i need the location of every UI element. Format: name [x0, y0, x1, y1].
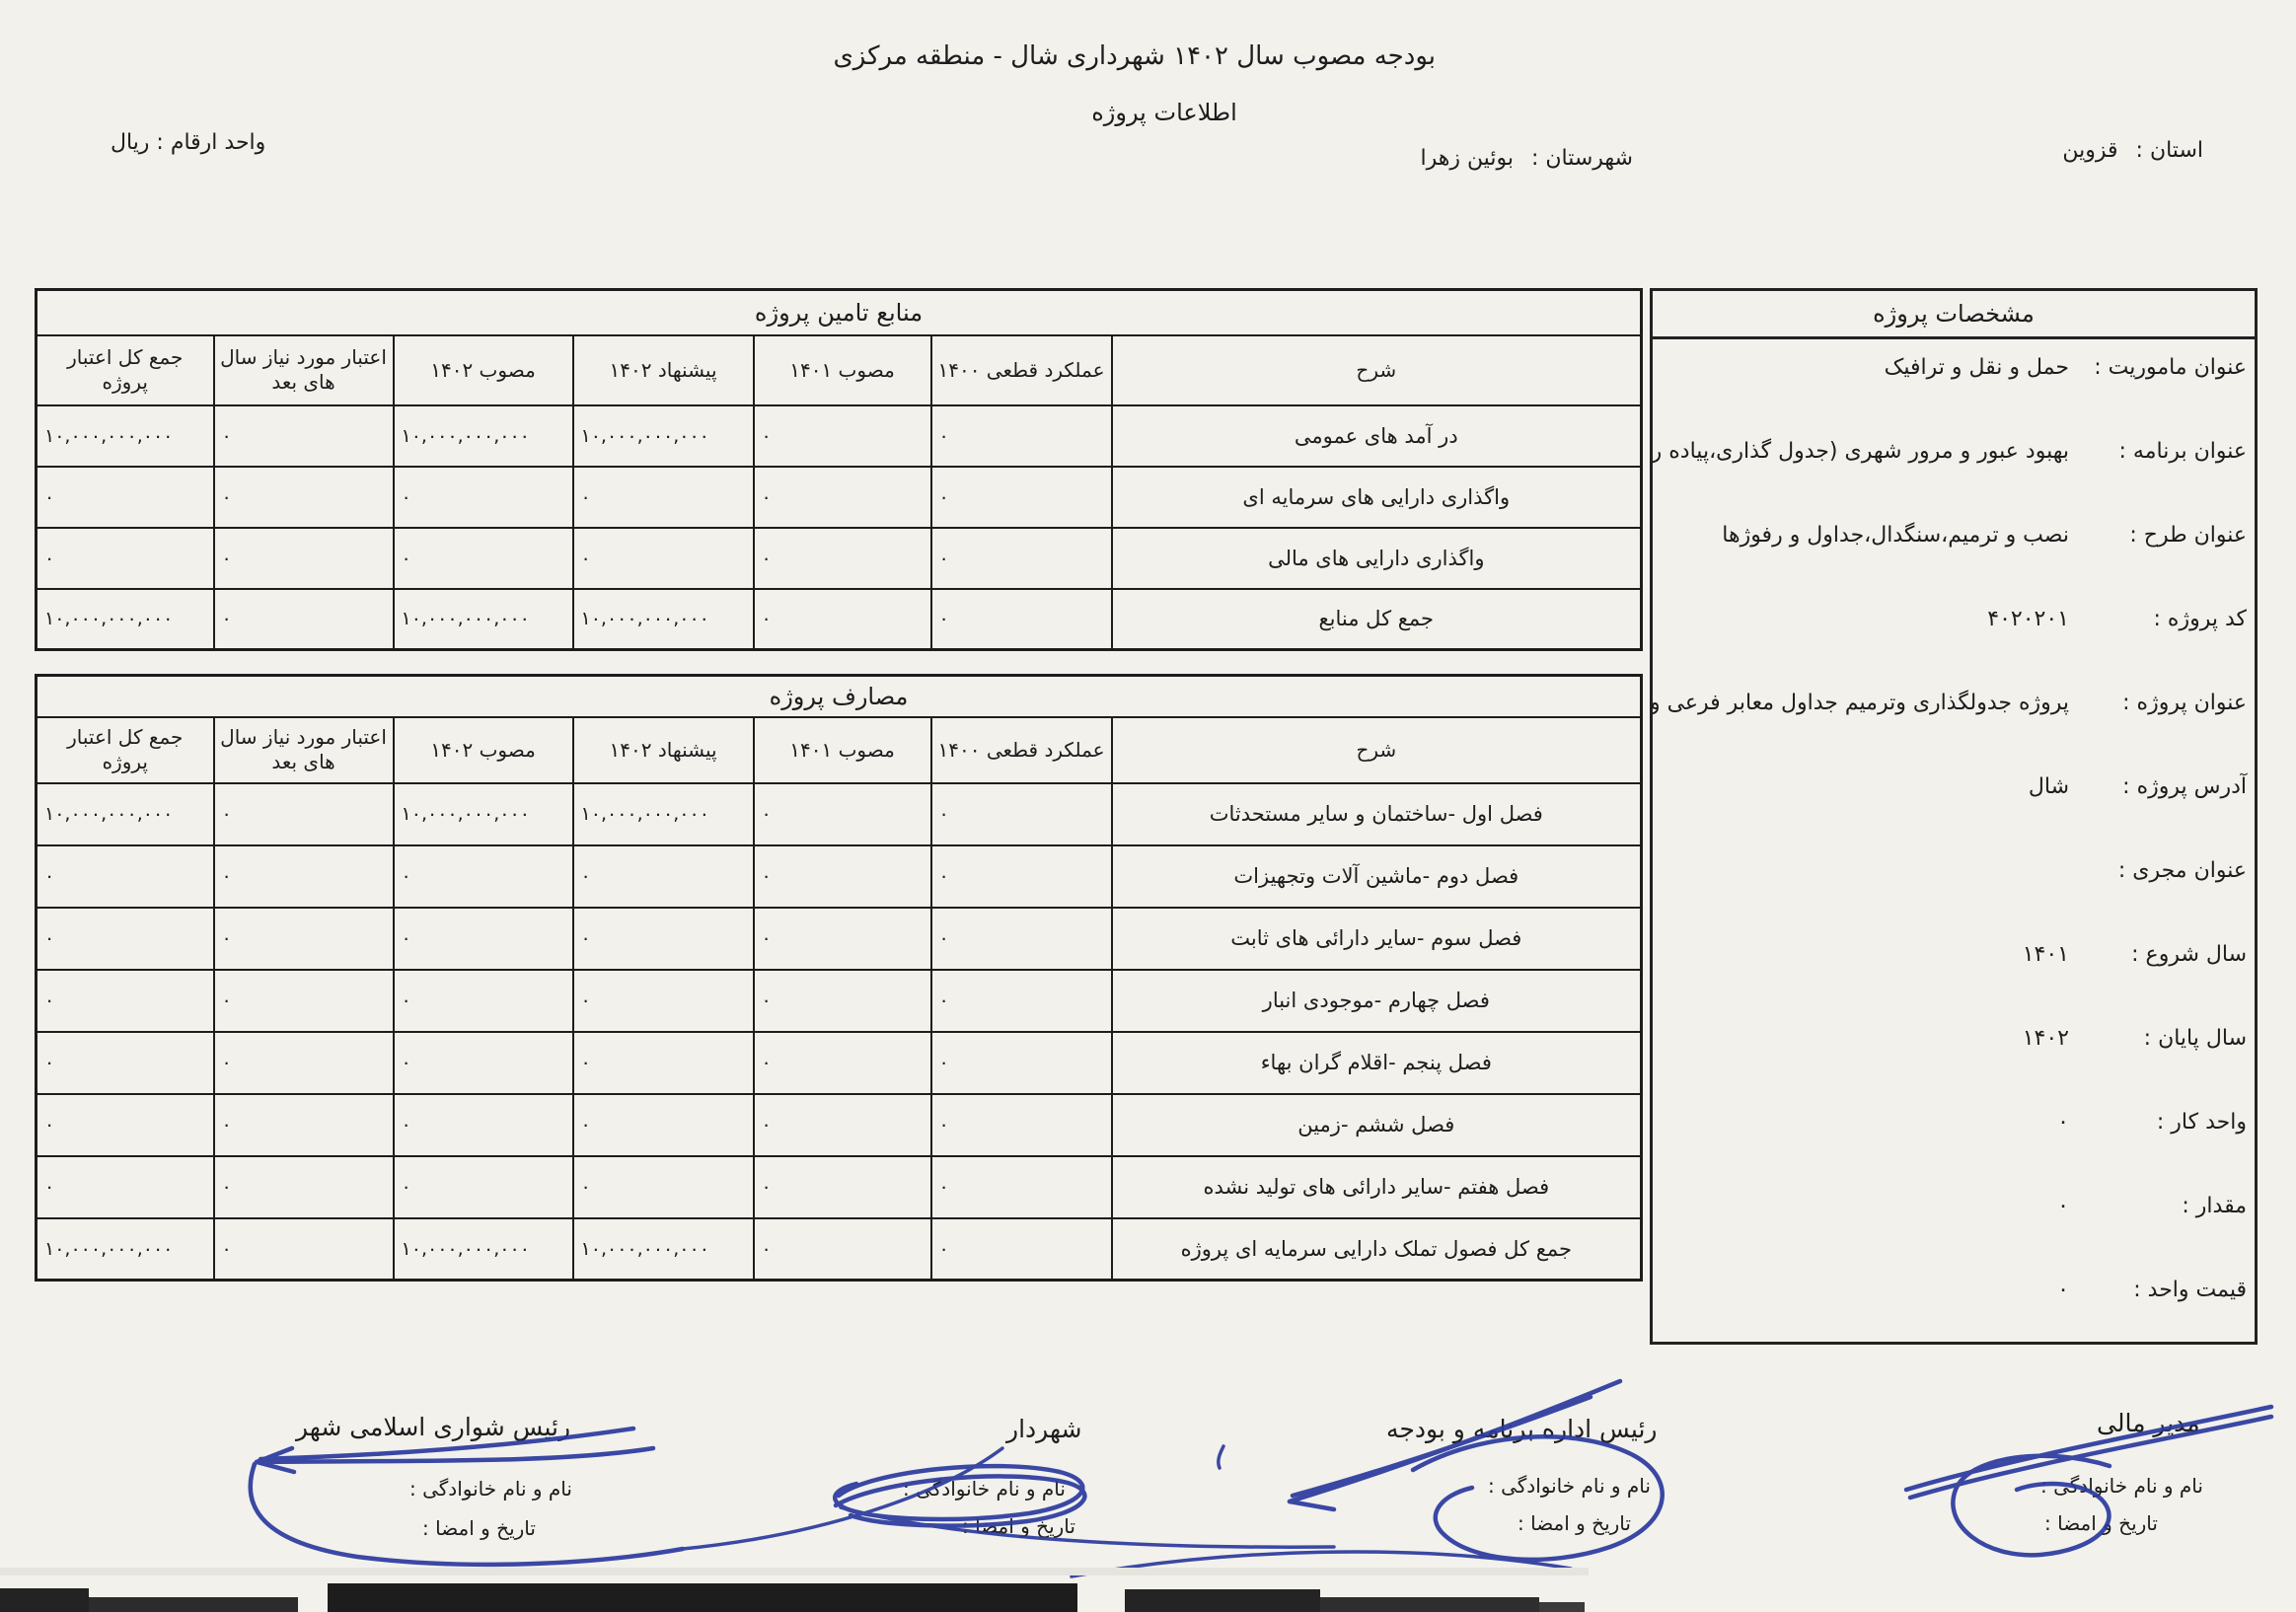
cell-value: ۰ — [37, 1032, 214, 1094]
spec-value: پروژه جدولگذاری وترمیم جداول معابر فرعی … — [1650, 691, 2069, 715]
page-title: بودجه مصوب سال ۱۴۰۲ شهرداری شال - منطقه … — [893, 41, 1436, 71]
spec-label: عنوان مجری : — [2085, 858, 2255, 883]
cell-value: ۱۰,۰۰۰,۰۰۰,۰۰۰ — [394, 1218, 573, 1281]
row-desc: فصل چهارم -موجودی انبار — [1112, 970, 1642, 1032]
cell-value: ۰ — [37, 970, 214, 1032]
column-header-future-credit: اعتبار مورد نیاز سال های بعد — [214, 717, 394, 783]
sources-header-row: شرح عملکرد قطعی ۱۴۰۰ مصوب ۱۴۰۱ پیشنهاد ۱… — [37, 335, 1642, 405]
signature-date-label: تاریخ و امضا : — [962, 1514, 1075, 1538]
cell-value: ۰ — [214, 845, 394, 908]
column-header-actual-1400: عملکرد قطعی ۱۴۰۰ — [931, 335, 1112, 405]
table-row: فصل پنجم -اقلام گران بهاء ۰ ۰ ۰ ۰ ۰ ۰ — [37, 1032, 1642, 1094]
spec-value: حمل و نقل و ترافیک — [1885, 355, 2069, 380]
cell-value: ۰ — [214, 467, 394, 528]
spec-row-plan: عنوان طرح : نصب و ترمیم،سنگدال،جداول و ر… — [1653, 507, 2255, 591]
table-row-total: جمع کل فصول تملک دارایی سرمایه ای پروژه … — [37, 1218, 1642, 1281]
signature-name-label: نام و نام خانوادگی : — [1488, 1474, 1651, 1498]
county-field: شهرستان :بوئین زهرا — [1420, 146, 1633, 171]
cell-value: ۰ — [573, 845, 754, 908]
cell-value: ۰ — [931, 1094, 1112, 1156]
spec-label: قیمت واحد : — [2085, 1278, 2255, 1302]
cell-value: ۰ — [573, 528, 754, 589]
cell-value: ۰ — [214, 528, 394, 589]
signature-date-label: تاریخ و امضا : — [2044, 1511, 2158, 1535]
spec-label: واحد کار : — [2085, 1110, 2255, 1135]
cell-value: ۰ — [394, 1032, 573, 1094]
cell-value: ۱۰,۰۰۰,۰۰۰,۰۰۰ — [37, 589, 214, 650]
scan-artifact — [89, 1597, 298, 1612]
cell-value: ۰ — [394, 908, 573, 970]
signature-name-label: نام و نام خانوادگی : — [409, 1477, 572, 1501]
spec-value: شال — [2029, 774, 2069, 799]
cell-value: ۰ — [214, 783, 394, 845]
column-header-proposed-1402: پیشنهاد ۱۴۰۲ — [573, 717, 754, 783]
cell-value: ۰ — [931, 783, 1112, 845]
scan-artifact — [0, 1568, 1589, 1575]
signature-name-label: نام و نام خانوادگی : — [903, 1477, 1066, 1501]
cell-value: ۰ — [931, 908, 1112, 970]
cell-value: ۱۰,۰۰۰,۰۰۰,۰۰۰ — [573, 1218, 754, 1281]
spec-label: سال شروع : — [2085, 942, 2255, 967]
cell-value: ۰ — [214, 970, 394, 1032]
row-desc: فصل هفتم -سایر دارائی های تولید نشده — [1112, 1156, 1642, 1218]
cell-value: ۰ — [214, 405, 394, 467]
spec-row-program: عنوان برنامه : بهبود عبور و مرور شهری (ج… — [1653, 423, 2255, 507]
cell-value: ۰ — [754, 845, 931, 908]
cell-value: ۰ — [931, 1218, 1112, 1281]
cell-value: ۰ — [37, 528, 214, 589]
table-row: در آمد های عمومی ۰ ۰ ۱۰,۰۰۰,۰۰۰,۰۰۰ ۱۰,۰… — [37, 405, 1642, 467]
cell-value: ۰ — [214, 1094, 394, 1156]
spec-row-work-unit: واحد کار : ۰ — [1653, 1094, 2255, 1178]
cell-value: ۰ — [754, 908, 931, 970]
spec-row-start-year: سال شروع : ۱۴۰۱ — [1653, 926, 2255, 1010]
spec-value: ۴۰۲۰۲۰۱ — [1987, 607, 2069, 631]
signature-name-label: نام و نام خانوادگی : — [2040, 1474, 2203, 1498]
province-value: قزوین — [2062, 138, 2117, 163]
province-label: استان : — [2136, 138, 2203, 163]
cell-value: ۰ — [931, 845, 1112, 908]
cell-value: ۰ — [931, 1156, 1112, 1218]
cell-value: ۱۰,۰۰۰,۰۰۰,۰۰۰ — [573, 783, 754, 845]
cell-value: ۰ — [931, 1032, 1112, 1094]
scan-artifact — [0, 1588, 89, 1612]
cell-value: ۰ — [573, 1094, 754, 1156]
spec-row-unit-price: قیمت واحد : ۰ — [1653, 1262, 2255, 1345]
cell-value: ۱۰,۰۰۰,۰۰۰,۰۰۰ — [37, 405, 214, 467]
cell-value: ۱۰,۰۰۰,۰۰۰,۰۰۰ — [37, 1218, 214, 1281]
page-subtitle: اطلاعات پروژه — [1041, 99, 1288, 126]
sources-table: منابع تامین پروژه شرح عملکرد قطعی ۱۴۰۰ م… — [35, 288, 1643, 651]
cell-value: ۰ — [214, 1156, 394, 1218]
row-desc: فصل ششم -زمین — [1112, 1094, 1642, 1156]
table-row: فصل دوم -ماشین آلات وتجهیزات ۰ ۰ ۰ ۰ ۰ ۰ — [37, 845, 1642, 908]
cell-value: ۰ — [931, 528, 1112, 589]
cell-value: ۰ — [754, 1094, 931, 1156]
cell-value: ۰ — [394, 528, 573, 589]
column-header-approved-1401: مصوب ۱۴۰۱ — [754, 717, 931, 783]
row-desc: فصل پنجم -اقلام گران بهاء — [1112, 1032, 1642, 1094]
signature-ink-mark — [1219, 1446, 1223, 1468]
column-header-proposed-1402: پیشنهاد ۱۴۰۲ — [573, 335, 754, 405]
cell-value: ۰ — [573, 970, 754, 1032]
spec-value: ۰ — [2057, 1278, 2069, 1302]
column-header-approved-1402: مصوب ۱۴۰۲ — [394, 335, 573, 405]
scan-artifact — [1539, 1602, 1585, 1612]
cell-value: ۰ — [214, 908, 394, 970]
project-specs-panel: مشخصات پروژه عنوان ماموریت : حمل و نقل و… — [1650, 288, 2258, 1345]
cell-value: ۰ — [37, 845, 214, 908]
row-desc: فصل اول -ساختمان و سایر مستحدثات — [1112, 783, 1642, 845]
spec-value: بهبود عبور و مرور شهری (جدول گذاری،پیاده… — [1650, 439, 2069, 464]
table-row: فصل چهارم -موجودی انبار ۰ ۰ ۰ ۰ ۰ ۰ — [37, 970, 1642, 1032]
specs-panel-title: مشخصات پروژه — [1653, 291, 2255, 339]
cell-value: ۱۰,۰۰۰,۰۰۰,۰۰۰ — [37, 783, 214, 845]
spec-label: عنوان پروژه : — [2085, 691, 2255, 715]
table-row-total: جمع کل منابع ۰ ۰ ۱۰,۰۰۰,۰۰۰,۰۰۰ ۱۰,۰۰۰,۰… — [37, 589, 1642, 650]
cell-value: ۱۰,۰۰۰,۰۰۰,۰۰۰ — [394, 783, 573, 845]
spec-row-end-year: سال پایان : ۱۴۰۲ — [1653, 1010, 2255, 1094]
column-header-actual-1400: عملکرد قطعی ۱۴۰۰ — [931, 717, 1112, 783]
signature-date-label: تاریخ و امضا : — [1518, 1511, 1631, 1535]
spec-row-quantity: مقدار : ۰ — [1653, 1178, 2255, 1262]
county-label: شهرستان : — [1531, 146, 1633, 171]
cell-value: ۰ — [394, 467, 573, 528]
spec-label: سال پایان : — [2085, 1026, 2255, 1051]
spec-value: ۱۴۰۲ — [2023, 1026, 2069, 1051]
cell-value: ۰ — [931, 405, 1112, 467]
cell-value: ۰ — [37, 467, 214, 528]
cell-value: ۰ — [573, 467, 754, 528]
cell-value: ۰ — [394, 845, 573, 908]
column-header-desc: شرح — [1112, 335, 1642, 405]
signature-ink-council-head — [257, 1448, 294, 1472]
column-header-desc: شرح — [1112, 717, 1642, 783]
column-header-total-credit: جمع کل اعتبار پروژه — [37, 335, 214, 405]
signature-title-budget-office-head: رئیس اداره برنامه و بودجه — [1386, 1415, 1658, 1443]
signature-title-council-head: رئیس شواری اسلامی شهر — [296, 1413, 570, 1441]
cell-value: ۰ — [37, 1094, 214, 1156]
table-row: فصل سوم -سایر دارائی های ثابت ۰ ۰ ۰ ۰ ۰ … — [37, 908, 1642, 970]
table-row: واگذاری دارایی های سرمایه ای ۰ ۰ ۰ ۰ ۰ ۰ — [37, 467, 1642, 528]
table-row: فصل هفتم -سایر دارائی های تولید نشده ۰ ۰… — [37, 1156, 1642, 1218]
cell-value: ۰ — [394, 970, 573, 1032]
table-row: واگذاری دارایی های مالی ۰ ۰ ۰ ۰ ۰ ۰ — [37, 528, 1642, 589]
unit-of-figures: واحد ارقام : ریال — [111, 130, 265, 155]
spec-row-executor: عنوان مجری : — [1653, 843, 2255, 926]
spec-label: آدرس پروژه : — [2085, 774, 2255, 799]
table-row: فصل ششم -زمین ۰ ۰ ۰ ۰ ۰ ۰ — [37, 1094, 1642, 1156]
signature-ink-budget-head — [1413, 1436, 1663, 1560]
cell-value: ۰ — [37, 908, 214, 970]
row-desc: جمع کل فصول تملک دارایی سرمایه ای پروژه — [1112, 1218, 1642, 1281]
cell-value: ۰ — [931, 970, 1112, 1032]
spec-label: کد پروژه : — [2085, 607, 2255, 631]
cell-value: ۰ — [573, 908, 754, 970]
signature-ink-budget-head — [1290, 1488, 1334, 1509]
expenses-table: مصارف پروژه شرح عملکرد قطعی ۱۴۰۰ مصوب ۱۴… — [35, 674, 1643, 1282]
cell-value: ۰ — [214, 1218, 394, 1281]
cell-value: ۰ — [754, 1156, 931, 1218]
spec-row-project-code: کد پروژه : ۴۰۲۰۲۰۱ — [1653, 591, 2255, 675]
row-desc: واگذاری دارایی های مالی — [1112, 528, 1642, 589]
expenses-header-row: شرح عملکرد قطعی ۱۴۰۰ مصوب ۱۴۰۱ پیشنهاد ۱… — [37, 717, 1642, 783]
spec-row-mission: عنوان ماموریت : حمل و نقل و ترافیک — [1653, 339, 2255, 423]
cell-value: ۰ — [754, 970, 931, 1032]
cell-value: ۰ — [573, 1032, 754, 1094]
province-field: استان :قزوین — [2062, 138, 2203, 163]
row-desc: در آمد های عمومی — [1112, 405, 1642, 467]
spec-label: عنوان طرح : — [2085, 523, 2255, 548]
cell-value: ۰ — [754, 528, 931, 589]
cell-value: ۰ — [573, 1156, 754, 1218]
row-desc: فصل دوم -ماشین آلات وتجهیزات — [1112, 845, 1642, 908]
signature-ink-mayor — [841, 1507, 1334, 1547]
cell-value: ۰ — [214, 589, 394, 650]
scan-artifact — [1125, 1589, 1320, 1612]
row-desc: واگذاری دارایی های سرمایه ای — [1112, 467, 1642, 528]
signature-title-financial-manager: مدیر مالی — [2097, 1409, 2200, 1437]
spec-row-address: آدرس پروژه : شال — [1653, 759, 2255, 843]
signature-date-label: تاریخ و امضا : — [422, 1516, 536, 1540]
column-header-total-credit: جمع کل اعتبار پروژه — [37, 717, 214, 783]
signature-ink-council-head — [257, 1448, 653, 1462]
spec-label: عنوان برنامه : — [2085, 439, 2255, 464]
spec-value: ۰ — [2057, 1194, 2069, 1218]
spec-label: مقدار : — [2085, 1194, 2255, 1218]
expenses-table-title: مصارف پروژه — [37, 676, 1642, 717]
scanned-budget-document: بودجه مصوب سال ۱۴۰۲ شهرداری شال - منطقه … — [0, 0, 2296, 1612]
cell-value: ۱۰,۰۰۰,۰۰۰,۰۰۰ — [573, 405, 754, 467]
spec-value: نصب و ترمیم،سنگدال،جداول و رفوژها — [1722, 523, 2069, 548]
cell-value: ۰ — [754, 467, 931, 528]
cell-value: ۰ — [37, 1156, 214, 1218]
column-header-approved-1401: مصوب ۱۴۰۱ — [754, 335, 931, 405]
spec-value: ۱۴۰۱ — [2023, 942, 2069, 967]
cell-value: ۰ — [754, 589, 931, 650]
scan-artifact — [1320, 1597, 1539, 1612]
signature-title-mayor: شهردار — [1006, 1415, 1081, 1443]
cell-value: ۰ — [931, 467, 1112, 528]
cell-value: ۰ — [754, 405, 931, 467]
spec-label: عنوان ماموریت : — [2085, 355, 2255, 380]
column-header-future-credit: اعتبار مورد نیاز سال های بعد — [214, 335, 394, 405]
cell-value: ۰ — [931, 589, 1112, 650]
column-header-approved-1402: مصوب ۱۴۰۲ — [394, 717, 573, 783]
spec-value: ۰ — [2057, 1110, 2069, 1135]
cell-value: ۰ — [754, 1032, 931, 1094]
sources-table-title: منابع تامین پروژه — [37, 290, 1642, 335]
signature-ink-financial-manager — [1953, 1456, 2110, 1556]
cell-value: ۰ — [214, 1032, 394, 1094]
row-desc: فصل سوم -سایر دارائی های ثابت — [1112, 908, 1642, 970]
cell-value: ۱۰,۰۰۰,۰۰۰,۰۰۰ — [394, 405, 573, 467]
row-desc: جمع کل منابع — [1112, 589, 1642, 650]
cell-value: ۰ — [394, 1156, 573, 1218]
cell-value: ۰ — [754, 1218, 931, 1281]
cell-value: ۱۰,۰۰۰,۰۰۰,۰۰۰ — [573, 589, 754, 650]
cell-value: ۱۰,۰۰۰,۰۰۰,۰۰۰ — [394, 589, 573, 650]
county-value: بوئین زهرا — [1420, 146, 1513, 171]
scan-artifact — [328, 1583, 1077, 1612]
spec-row-project-title: عنوان پروژه : پروژه جدولگذاری وترمیم جدا… — [1653, 675, 2255, 759]
cell-value: ۰ — [394, 1094, 573, 1156]
table-row: فصل اول -ساختمان و سایر مستحدثات ۰ ۰ ۱۰,… — [37, 783, 1642, 845]
cell-value: ۰ — [754, 783, 931, 845]
